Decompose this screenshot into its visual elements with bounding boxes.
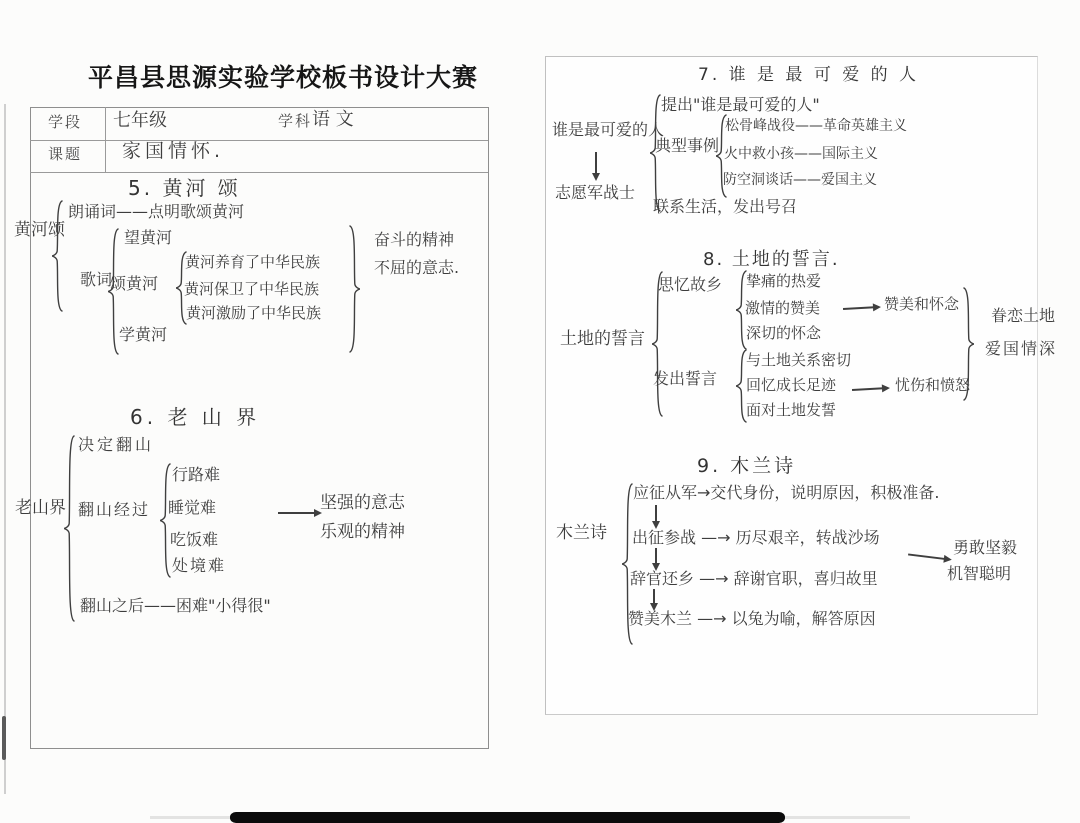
lesson6-conclusion: 坚强的意志 — [320, 494, 405, 514]
lesson5-learn: 学黄河 — [119, 326, 167, 344]
curly-brace — [962, 287, 976, 401]
lesson8-root: 土地的誓言 — [560, 330, 645, 350]
lesson5-conclusion: 奋斗的精神 — [374, 231, 454, 249]
lesson5-praise-point: 黄河保卫了中华民族 — [184, 281, 319, 298]
curly-brace — [158, 463, 172, 578]
lesson6-conclusion: 乐观的精神 — [320, 523, 405, 543]
form-subject-value: 语 文 — [312, 110, 354, 131]
lesson6-after: 翻山之后——困难"小得很" — [80, 597, 271, 615]
lesson6-difficulty: 处境难 — [172, 557, 226, 575]
lesson5-recital: 朗诵词——点明歌颂黄河 — [68, 203, 244, 221]
form-row-divider-1 — [30, 140, 488, 141]
lesson6-heading: 6. 老 山 界 — [130, 406, 260, 429]
lesson5-praise-point: 黄河养育了中华民族 — [185, 254, 320, 271]
lesson6-root: 老山界 — [15, 499, 66, 519]
arrow-right-icon — [278, 512, 320, 514]
lesson6-difficulty: 吃饭难 — [170, 531, 218, 549]
doc-title: 平昌县思源实验学校板书设计大赛 — [88, 64, 478, 93]
form-topic-label: 课题 — [48, 146, 82, 163]
lesson9-step: 赞美木兰 —→ 以兔为喻，解答原因 — [628, 610, 876, 628]
lesson8-conclusion: 眷恋土地 — [991, 307, 1055, 325]
lesson9-step: 辞官还乡 —→ 辞谢官职，喜归故里 — [630, 570, 878, 588]
lesson8-branch2: 发出誓言 — [653, 370, 717, 388]
lesson5-heading: 5. 黄河 颂 — [128, 177, 241, 200]
lesson7-propose: 提出"谁是最可爱的人" — [661, 96, 820, 114]
lesson5-watch: 望黄河 — [124, 229, 172, 247]
arrow-down-icon — [653, 589, 655, 609]
lesson7-example: 防空洞谈话——爱国主义 — [723, 172, 877, 188]
lesson6-process: 翻山经过 — [78, 501, 150, 519]
form-grade-label: 学段 — [48, 114, 82, 131]
lesson8-branch1: 思忆故乡 — [658, 276, 722, 294]
lesson8-branch1-result: 赞美和怀念 — [884, 296, 959, 313]
lesson9-step: 应征从军→交代身份，说明原因，积极准备. — [633, 484, 940, 502]
lesson7-example: 松骨峰战役——革命英雄主义 — [725, 118, 907, 134]
lesson7-heading: 7. 谁 是 最 可 爱 的 人 — [698, 66, 919, 86]
form-col-divider — [105, 107, 106, 172]
lesson7-example: 火中救小孩——国际主义 — [724, 146, 878, 162]
lesson8-conclusion: 爱国情深 — [985, 340, 1057, 358]
lesson9-conclusion: 机智聪明 — [947, 565, 1011, 583]
form-row-divider-2 — [30, 172, 488, 173]
curly-brace — [348, 225, 362, 353]
lesson8-branch2-item: 与土地关系密切 — [746, 352, 851, 369]
lesson7-root-sub: 志愿军战士 — [555, 184, 635, 202]
lesson7-call: 联系生活，发出号召 — [653, 198, 797, 216]
arrow-down-icon — [595, 152, 597, 179]
lesson8-branch1-item: 激情的赞美 — [745, 300, 820, 317]
lesson9-heading: 9. 木兰诗 — [697, 456, 796, 478]
lesson8-branch2-item: 回忆成长足迹 — [746, 377, 836, 394]
curly-brace — [50, 200, 64, 312]
arrow-down-icon — [655, 505, 657, 527]
lesson9-root: 木兰诗 — [556, 524, 607, 544]
lesson8-heading: 8. 土地的誓言. — [703, 250, 840, 271]
lesson8-branch2-item: 面对土地发誓 — [746, 402, 836, 419]
form-subject-label: 学科 — [278, 113, 312, 130]
lesson5-conclusion: 不屈的意志. — [374, 259, 459, 277]
lesson6-decide: 决定翻山 — [78, 436, 154, 454]
lesson8-branch1-item: 挚痛的热爱 — [746, 273, 821, 290]
scan-edge-line — [4, 104, 6, 794]
curly-brace — [62, 435, 76, 622]
lesson9-step: 出征参战 —→ 历尽艰辛，转战沙场 — [632, 529, 880, 547]
lesson7-examples-label: 典型事例 — [655, 137, 719, 155]
form-grade-value: 七年级 — [113, 111, 167, 132]
lesson6-difficulty: 睡觉难 — [168, 499, 216, 517]
form-topic-value: 家国情怀. — [122, 141, 224, 163]
scan-shadow — [230, 812, 785, 823]
lesson8-branch2-result: 忧伤和愤怒 — [895, 377, 970, 394]
lesson8-branch1-item: 深切的怀念 — [746, 325, 821, 342]
scan-smudge — [2, 716, 6, 760]
lesson5-praise-point: 黄河激励了中华民族 — [186, 305, 321, 322]
lesson9-conclusion: 勇敢坚毅 — [953, 539, 1017, 557]
arrow-down-icon — [655, 548, 657, 569]
lesson5-praise: 颂黄河 — [110, 275, 158, 293]
lesson6-difficulty: 行路难 — [172, 466, 220, 484]
